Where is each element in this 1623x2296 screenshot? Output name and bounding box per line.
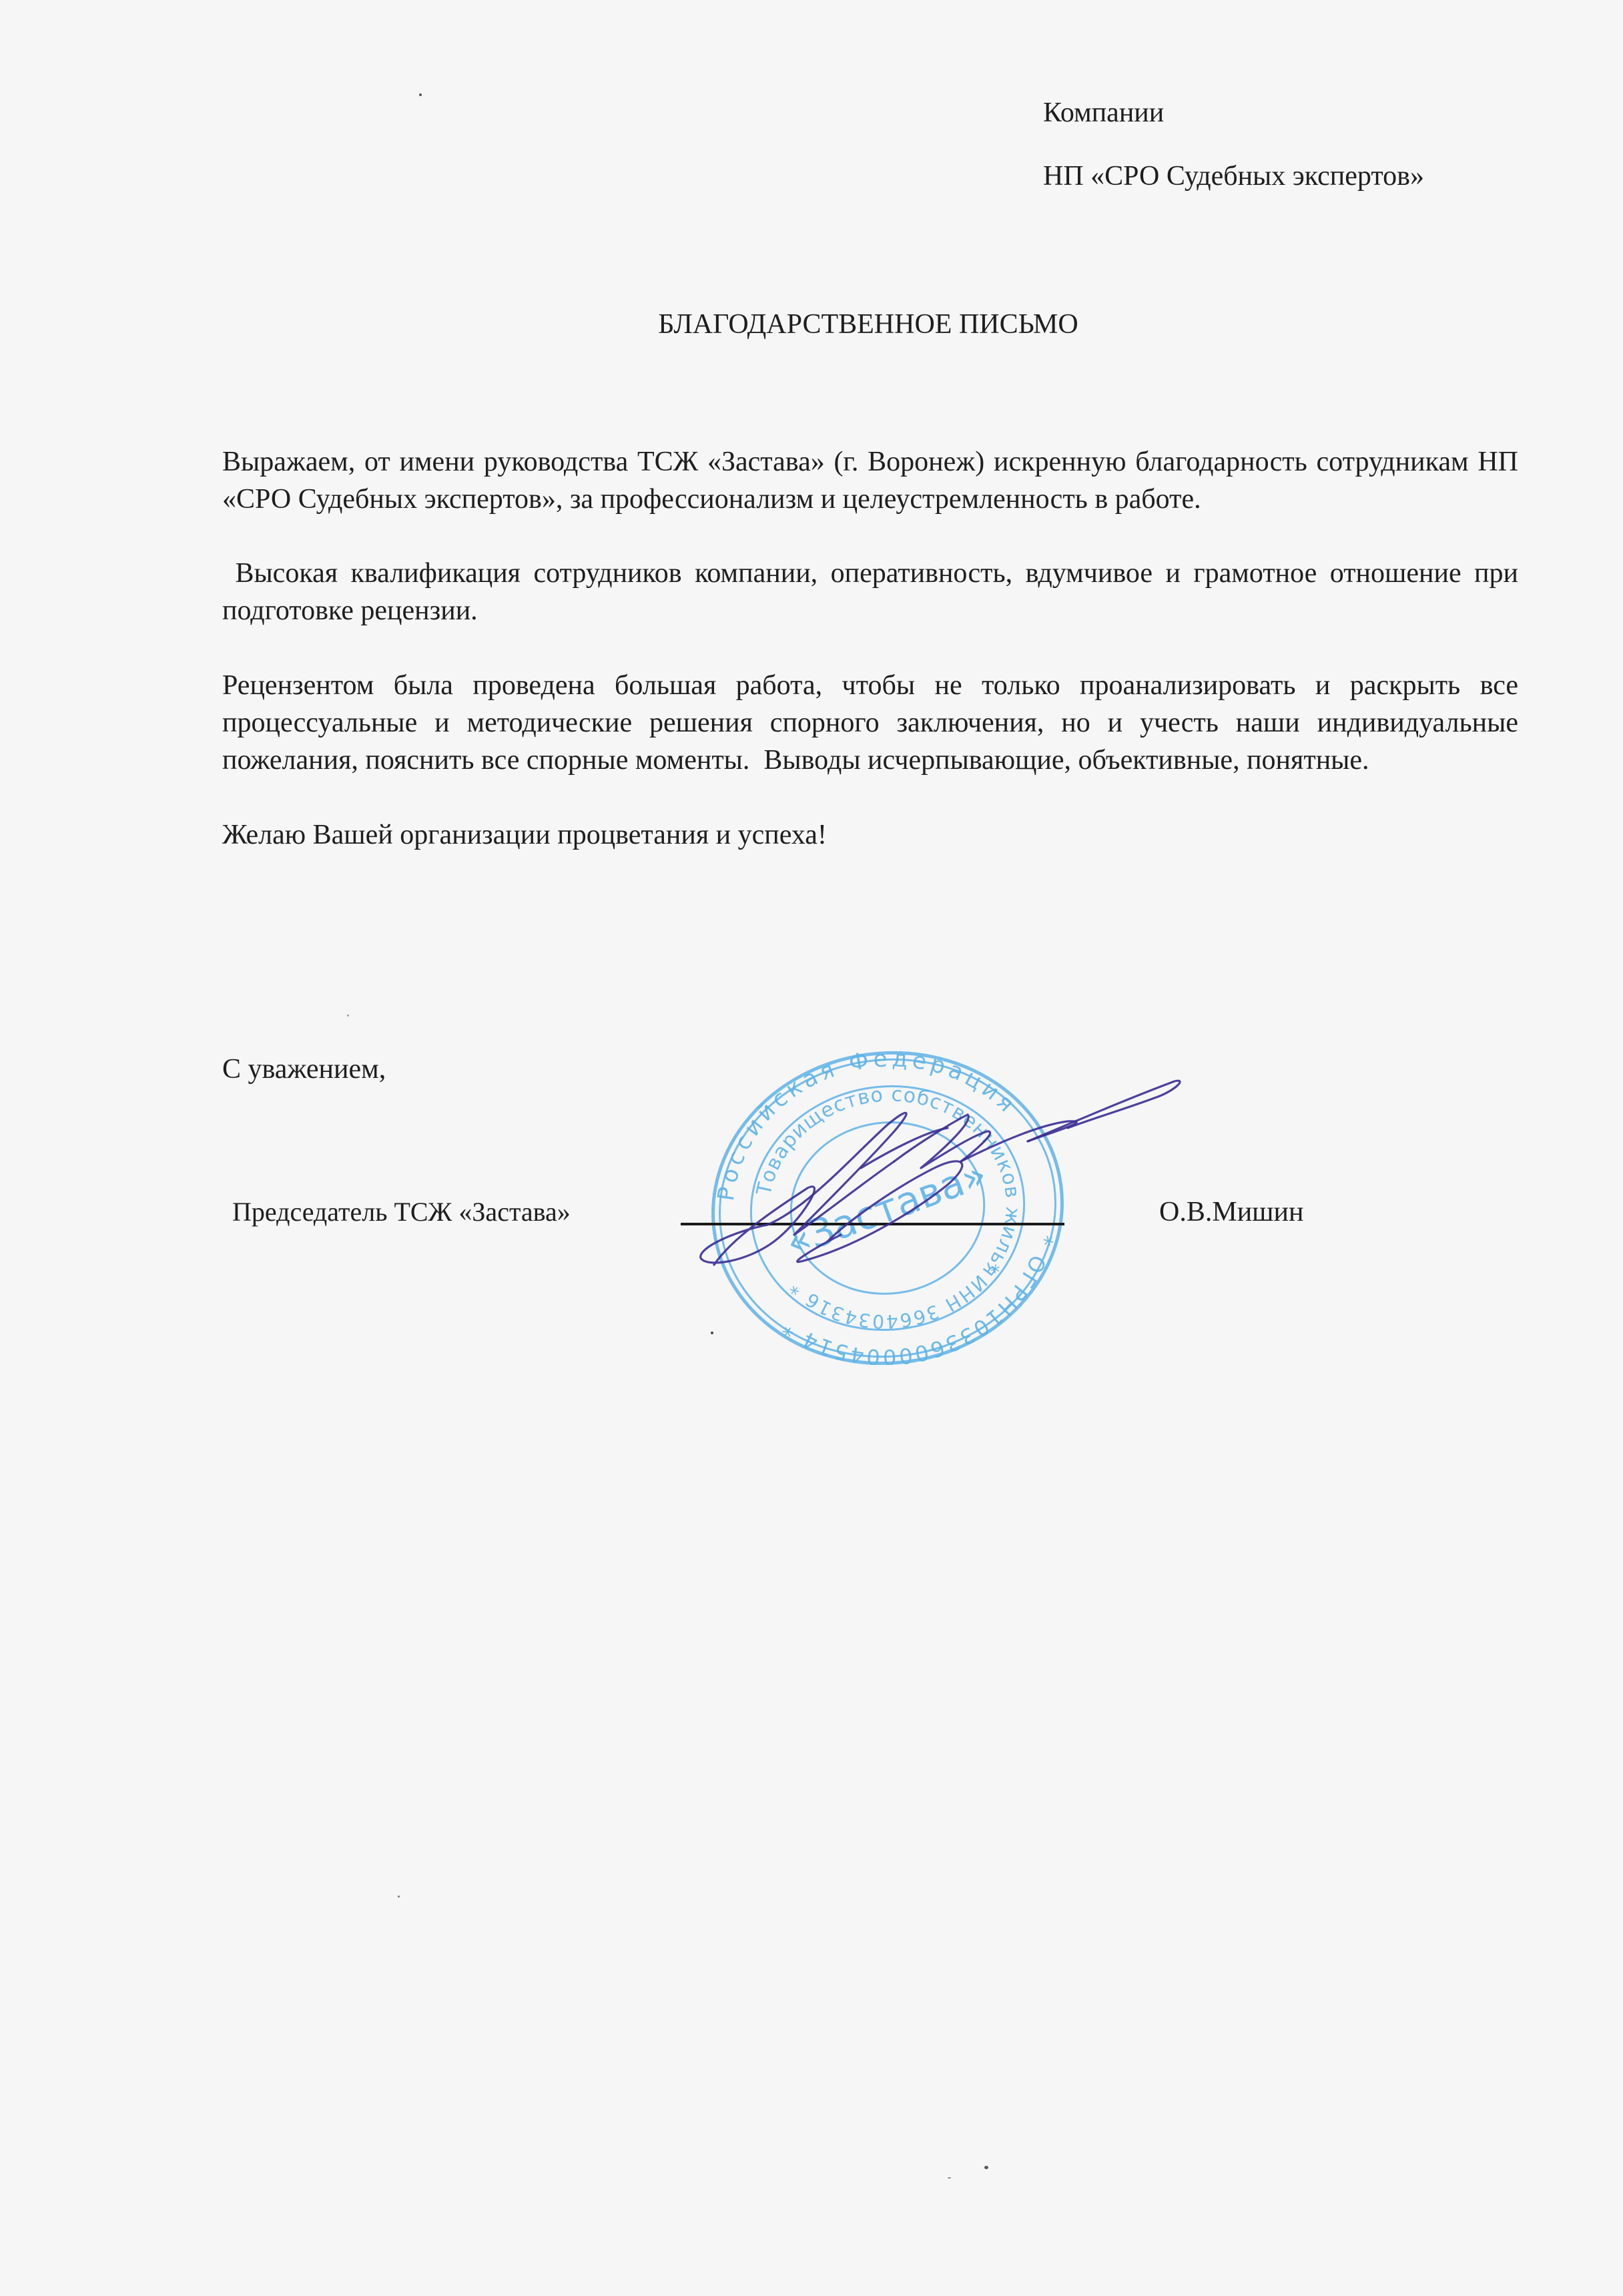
scan-speck	[984, 2166, 988, 2169]
signer-name: О.В.Мишин	[1159, 1196, 1303, 1228]
addressee-line-1: Компании	[1043, 99, 1424, 127]
addressee-line-2: НП «СРО Судебных экспертов»	[1043, 162, 1424, 190]
signer-position: Председатель ТСЖ «Застава»	[232, 1196, 571, 1227]
scan-speck	[347, 1015, 349, 1017]
handwritten-signature-icon	[694, 1068, 1201, 1308]
scan-speck	[419, 93, 422, 96]
scan-speck	[711, 1332, 713, 1334]
scan-speck	[948, 2177, 951, 2179]
letter-title: БЛАГОДАРСТВЕННОЕ ПИСЬМО	[0, 308, 1623, 340]
closing-salutation: С уважением,	[222, 1053, 386, 1085]
paragraph-wishes: Желаю Вашей организации процветания и ус…	[222, 816, 1518, 854]
addressee-block: Компании НП «СРО Судебных экспертов»	[1043, 99, 1424, 190]
letter-page: Компании НП «СРО Судебных экспертов» БЛА…	[0, 0, 1623, 2296]
paragraph-qualification: Высокая квалификация сотрудников компани…	[222, 555, 1518, 629]
paragraph-gratitude: Выражаем, от имени руководства ТСЖ «Заст…	[222, 443, 1518, 518]
letter-body: Выражаем, от имени руководства ТСЖ «Заст…	[222, 443, 1518, 891]
paragraph-review-work: Рецензентом была проведена большая работ…	[222, 667, 1518, 779]
scan-speck	[398, 1896, 400, 1898]
